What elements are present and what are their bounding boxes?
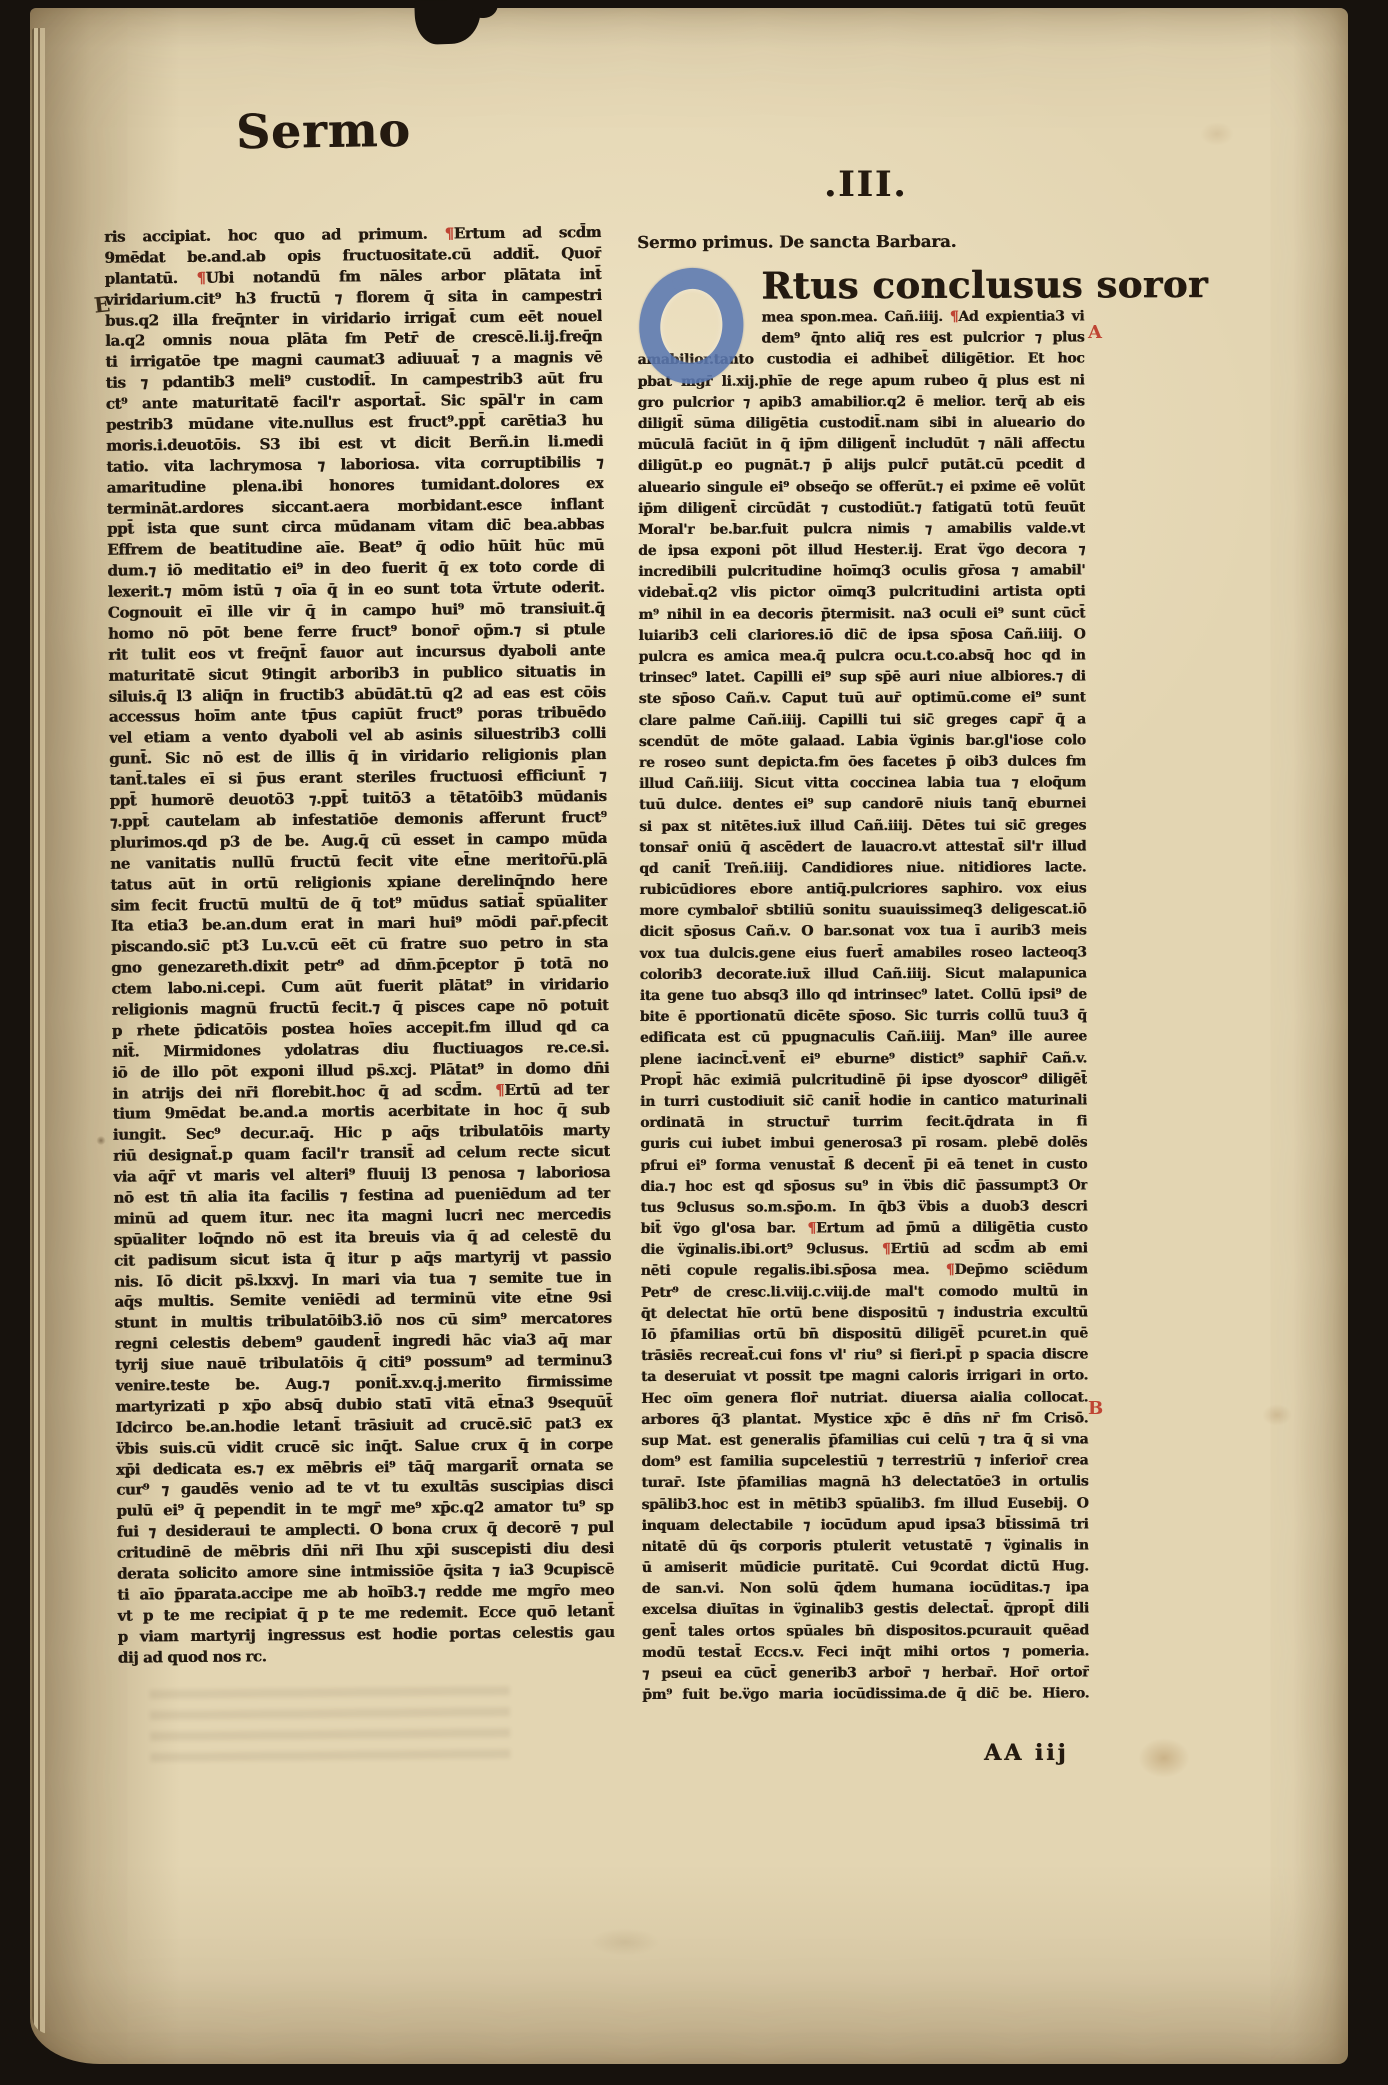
text-line: guris cui iubet imbui generosa3 pī rosam…	[640, 1133, 1087, 1156]
text-line: nitatē dū q̄s corporis ptulerit vetustat…	[642, 1535, 1089, 1558]
text-line: diligūt.p eo pugnāt.⁊ p̄ alijs pulcr̄ pu…	[638, 455, 1085, 478]
text-line: dom⁹ est familia supcelestiū ⁊ terrestri…	[641, 1451, 1088, 1474]
text-line: more cymbalor̄ sbtiliū sonitu suauissime…	[639, 900, 1086, 923]
paper-foxing	[1200, 122, 1234, 146]
text-line: de ipsa exponi pōt illud Hester.ij. Erat…	[638, 540, 1085, 563]
text-line: spālib3.hoc est in mētib3 spūalib3. fm i…	[641, 1493, 1088, 1516]
text-line: m⁹ nihil in ea decoris p̄termisit. na3 o…	[638, 603, 1085, 626]
text-line: nēti copule regalis.ibi.sp̄osa mea. ¶Dep…	[641, 1260, 1088, 1283]
text-line: illud Cañ.iiij. Sicut vitta coccinea lab…	[639, 773, 1086, 796]
text-line: pfrui ei⁹ forma venustat̄ ß decent̄ p̄i …	[640, 1154, 1087, 1177]
text-line: ordinatā in structur̄ turrim fecit.q̄dra…	[640, 1112, 1087, 1135]
text-line: excelsa diuītas in v̈ginalib3 gestis del…	[642, 1599, 1089, 1622]
right-text-column: Sermo primus. De sancta Barbara. Rtus co…	[637, 228, 1089, 1706]
text-line: in turri custodiuit sic̄ canit̄ hodie in…	[640, 1090, 1087, 1113]
text-line: trāsiēs recreat̄.cui fons vl' riu⁹ si fi…	[641, 1345, 1088, 1368]
text-line: bit̄ v̈go gl'osa bar. ¶Ertum ad p̄mū a d…	[640, 1217, 1087, 1240]
text-line: Hec oīm genera flor̄ nutriat. diuersa ai…	[641, 1387, 1088, 1410]
paper-stain	[1262, 1404, 1292, 1426]
text-line: gro pulcrior ⁊ apib3 amabilior.q2 ē meli…	[638, 391, 1085, 414]
text-line: incredibili pulcritudine hoīmq3 oculis g…	[638, 561, 1085, 584]
text-line: Iō p̄familias ortū bn̄ dispositū diligēt…	[641, 1323, 1088, 1346]
text-line: plene iacinct̄.vent̄ ei⁹ eburne⁹ distict…	[640, 1048, 1087, 1071]
text-line: ta deseruiat vt possit tpe magni caloris…	[641, 1366, 1088, 1389]
text-line: Propt̄ hāc eximiā pulcritudinē p̄i ipse …	[640, 1069, 1087, 1092]
text-line: ip̄m diligent̄ circūdāt ⁊ custodiūt.⁊ fa…	[638, 497, 1085, 520]
text-line: modū testat̄ Eccs.v. Feci inq̄t mihi ort…	[642, 1641, 1089, 1664]
text-line: Moral'r be.bar.fuit pulcra nimis ⁊ amabi…	[638, 518, 1085, 541]
text-line: gent̄ tales ortos spūales bn̄ dispositos…	[642, 1620, 1089, 1643]
ink-show-through	[150, 1686, 511, 1766]
text-line: scendūt de mōte galaad. Labia v̈ginis ba…	[639, 730, 1086, 753]
paper-stain	[1138, 1738, 1190, 1778]
text-line: luiarib3 celi clariores.iō dic̄ de ipsa …	[638, 624, 1085, 647]
text-line: inquam delectabile ⁊ iocūdum apud ipsa3 …	[641, 1514, 1088, 1537]
text-line: sup Mat. est generalis p̄familias cui ce…	[641, 1429, 1088, 1452]
text-line: arbores q̄3 plantat. Mystice xp̄c ē dn̄s…	[641, 1408, 1088, 1431]
text-line: vox tua dulcis.gene eius fuert̄ amabiles…	[639, 942, 1086, 965]
left-text-column: ris accipiat. hoc quo ad primum. ¶Ertum …	[104, 222, 615, 1668]
text-line: pulcra es amica mea.q̄ pulcra ocu.t.co.a…	[638, 645, 1085, 668]
text-line: trinsec⁹ latet. Capilli ei⁹ sup sp̄ē aur…	[639, 667, 1086, 690]
text-line: tus 9clusus so.m.sp̄o.m. In q̄b3 v̈bis a…	[640, 1196, 1087, 1219]
text-line: mea spon.mea. Cañ.iiij. ¶Ad expientia3 v…	[761, 306, 1084, 328]
marginal-letter-b: B	[1088, 1398, 1103, 1419]
text-line: edificata est cū ppugnaculis Cañ.iiij. M…	[640, 1027, 1087, 1050]
book-photo: { "page": { "header": { "left_title": "S…	[0, 0, 1388, 2085]
text-line: tonsar̄ oniū q̄ ascēdert de lauacro.vt a…	[639, 836, 1086, 859]
text-line: clare palme Cañ.iiij. Capilli tui sic̄ g…	[639, 709, 1086, 732]
text-line: rubicūdiores ebore antiq̄.pulcriores sap…	[639, 878, 1086, 901]
text-line: bite ē pportionatū dicēte sp̄oso. Sic tu…	[640, 1006, 1087, 1029]
text-line: die v̈ginalis.ibi.ort⁹ 9clusus. ¶Ertiū a…	[641, 1239, 1088, 1262]
worm-hole	[96, 1136, 106, 1145]
text-line: colorib3 decorate.iux̄ illud Cañ.iiij. S…	[640, 963, 1087, 986]
text-line: ita gene tuo absq3 illo qd intrinsec⁹ la…	[640, 984, 1087, 1007]
text-line: Petr⁹ de cresc.li.viij.c.viij.de mal't c…	[641, 1281, 1088, 1304]
paper-stain	[590, 1928, 660, 1956]
text-line: ⁊ pseui ea cūct̄ generib3 arbor̄ ⁊ herba…	[642, 1662, 1089, 1685]
text-line: ū amiserit mūdicie puritatē. Cui 9cordat…	[642, 1556, 1089, 1579]
text-line: mūculā faciūt in q̄ ip̄m diligent̄ inclu…	[638, 434, 1085, 457]
text-line: tuū dulce. dentes ei⁹ sup candorē niuis …	[639, 794, 1086, 817]
text-line: diligit̄ sūma diligētia custodit̄.nam si…	[638, 412, 1085, 435]
text-line: q̄t delectat hīe ortū bene dispositū ⁊ i…	[641, 1302, 1088, 1325]
text-line: re roseo sunt depicta.fm ōes facetes p̄ …	[639, 751, 1086, 774]
folio-number: .III.	[824, 164, 908, 205]
text-line: ste sp̄oso Cañ.v. Caput tuū aur̄ optimū.…	[639, 688, 1086, 711]
rubric-heading: Sermo primus. De sancta Barbara.	[637, 228, 1084, 256]
text-line: dicit sp̄osus Cañ.v. O bar.sonat vox tua…	[639, 921, 1086, 944]
text-line: qd canit̄ Treñ.iiij. Candidiores niue. n…	[639, 857, 1086, 880]
marginal-letter-a: A	[1088, 322, 1102, 343]
illuminated-initial-box	[637, 264, 761, 350]
body-lines: mea spon.mea. Cañ.iiij. ¶Ad expientia3 v…	[637, 306, 1089, 1706]
text-line: de san.vi. Non solū q̄dem humana iocūdit…	[642, 1578, 1089, 1601]
text-line: videbat̄.q2 vlis pictor oīmq3 pulcritudi…	[638, 582, 1085, 605]
text-line: dia.⁊ hoc est qd sp̄osus su⁹ in v̈bis di…	[640, 1175, 1087, 1198]
running-header-title: Sermo	[236, 103, 411, 160]
text-line: turar̄. Iste p̄familias magnā h3 delecta…	[641, 1472, 1088, 1495]
text-line: dem⁹ q̄nto aliq̄ res est pulcrior ⁊ plus…	[761, 328, 1084, 350]
text-line: si pax st nitētes.iux̄ illud Cañ.iiij. D…	[639, 815, 1086, 838]
text-line: alueario singule ei⁹ obseq̄o se offerūt.…	[638, 476, 1085, 499]
text-line: p̄m⁹ fuit be.v̈go maria iocūdissima.de q…	[642, 1684, 1089, 1707]
sermon-body: Rtus conclusus soror mea spon.mea. Cañ.i…	[637, 262, 1089, 1706]
quire-signature: AA iij	[984, 1740, 1068, 1766]
